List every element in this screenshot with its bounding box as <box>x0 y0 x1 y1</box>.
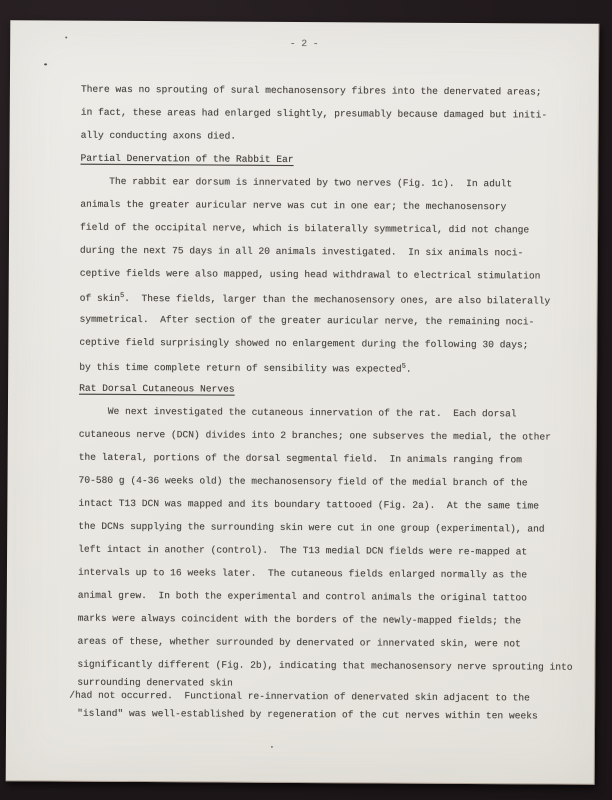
text-line: field of the occipital nerve, which is b… <box>80 216 580 242</box>
section-heading: Rat Dorsal Cutaneous Nerves <box>79 377 579 403</box>
text-line: left intact in another (control). The T1… <box>78 538 578 564</box>
text-line: ceptive fields were also mapped, using h… <box>80 262 580 288</box>
text-segment: by this time complete return of sensibil… <box>79 362 401 375</box>
scanned-page-background: { "page": { "number_label": "- 2 -" }, "… <box>0 0 612 800</box>
text-line: "island" was well-established by regener… <box>77 702 577 728</box>
page-number: - 2 - <box>10 36 598 52</box>
text-line: There was no sprouting of sural mechanos… <box>81 78 581 104</box>
text-line: 70-580 g (4-36 weeks old) the mechanosen… <box>78 469 578 495</box>
section-heading: Partial Denervation of the Rabbit Ear <box>80 147 580 173</box>
paper-speck <box>271 746 273 748</box>
paper-speck <box>65 37 67 39</box>
text-line: marks were always coincident with the bo… <box>78 607 578 633</box>
text-line: significantly different (Fig. 2b), indic… <box>77 653 577 679</box>
text-line: ally conducting axons died. <box>81 124 581 150</box>
paper-speck <box>44 63 47 65</box>
text-line: We next investigated the cutaneous inner… <box>79 400 579 426</box>
text-line: intact T13 DCN was mapped and its bounda… <box>78 492 578 518</box>
text-segment: . These fields, larger than the mechanos… <box>124 293 550 307</box>
text-line: cutaneous nerve (DCN) divides into 2 bra… <box>79 423 579 449</box>
text-line: the lateral, portions of the dorsal segm… <box>79 446 579 472</box>
text-line: during the next 75 days in all 20 animal… <box>80 239 580 265</box>
text-line: of skin5. These fields, larger than the … <box>80 285 580 311</box>
text-line: The rabbit ear dorsum is innervated by t… <box>80 170 580 196</box>
text-line: ceptive field surprisingly showed no enl… <box>79 331 579 357</box>
text-line: by this time complete return of sensibil… <box>79 354 579 380</box>
text-segment: . <box>406 364 412 375</box>
text-line: in fact, these areas had enlarged slight… <box>81 101 581 127</box>
manuscript-paper-sheet: - 2 - There was no sprouting of sural me… <box>6 20 600 785</box>
text-segment: of skin <box>80 293 120 304</box>
text-line: animal grew. In both the experimental an… <box>78 584 578 610</box>
text-line: the DCNs supplying the surrounding skin … <box>78 515 578 541</box>
text-block: There was no sprouting of sural mechanos… <box>77 78 581 728</box>
text-line: symmetrical. After section of the greate… <box>79 308 579 334</box>
text-line: areas of these, whether surrounded by de… <box>77 630 577 656</box>
text-line: animals the greater auricular nerve was … <box>80 193 580 219</box>
text-line: intervals up to 16 weeks later. The cuta… <box>78 561 578 587</box>
